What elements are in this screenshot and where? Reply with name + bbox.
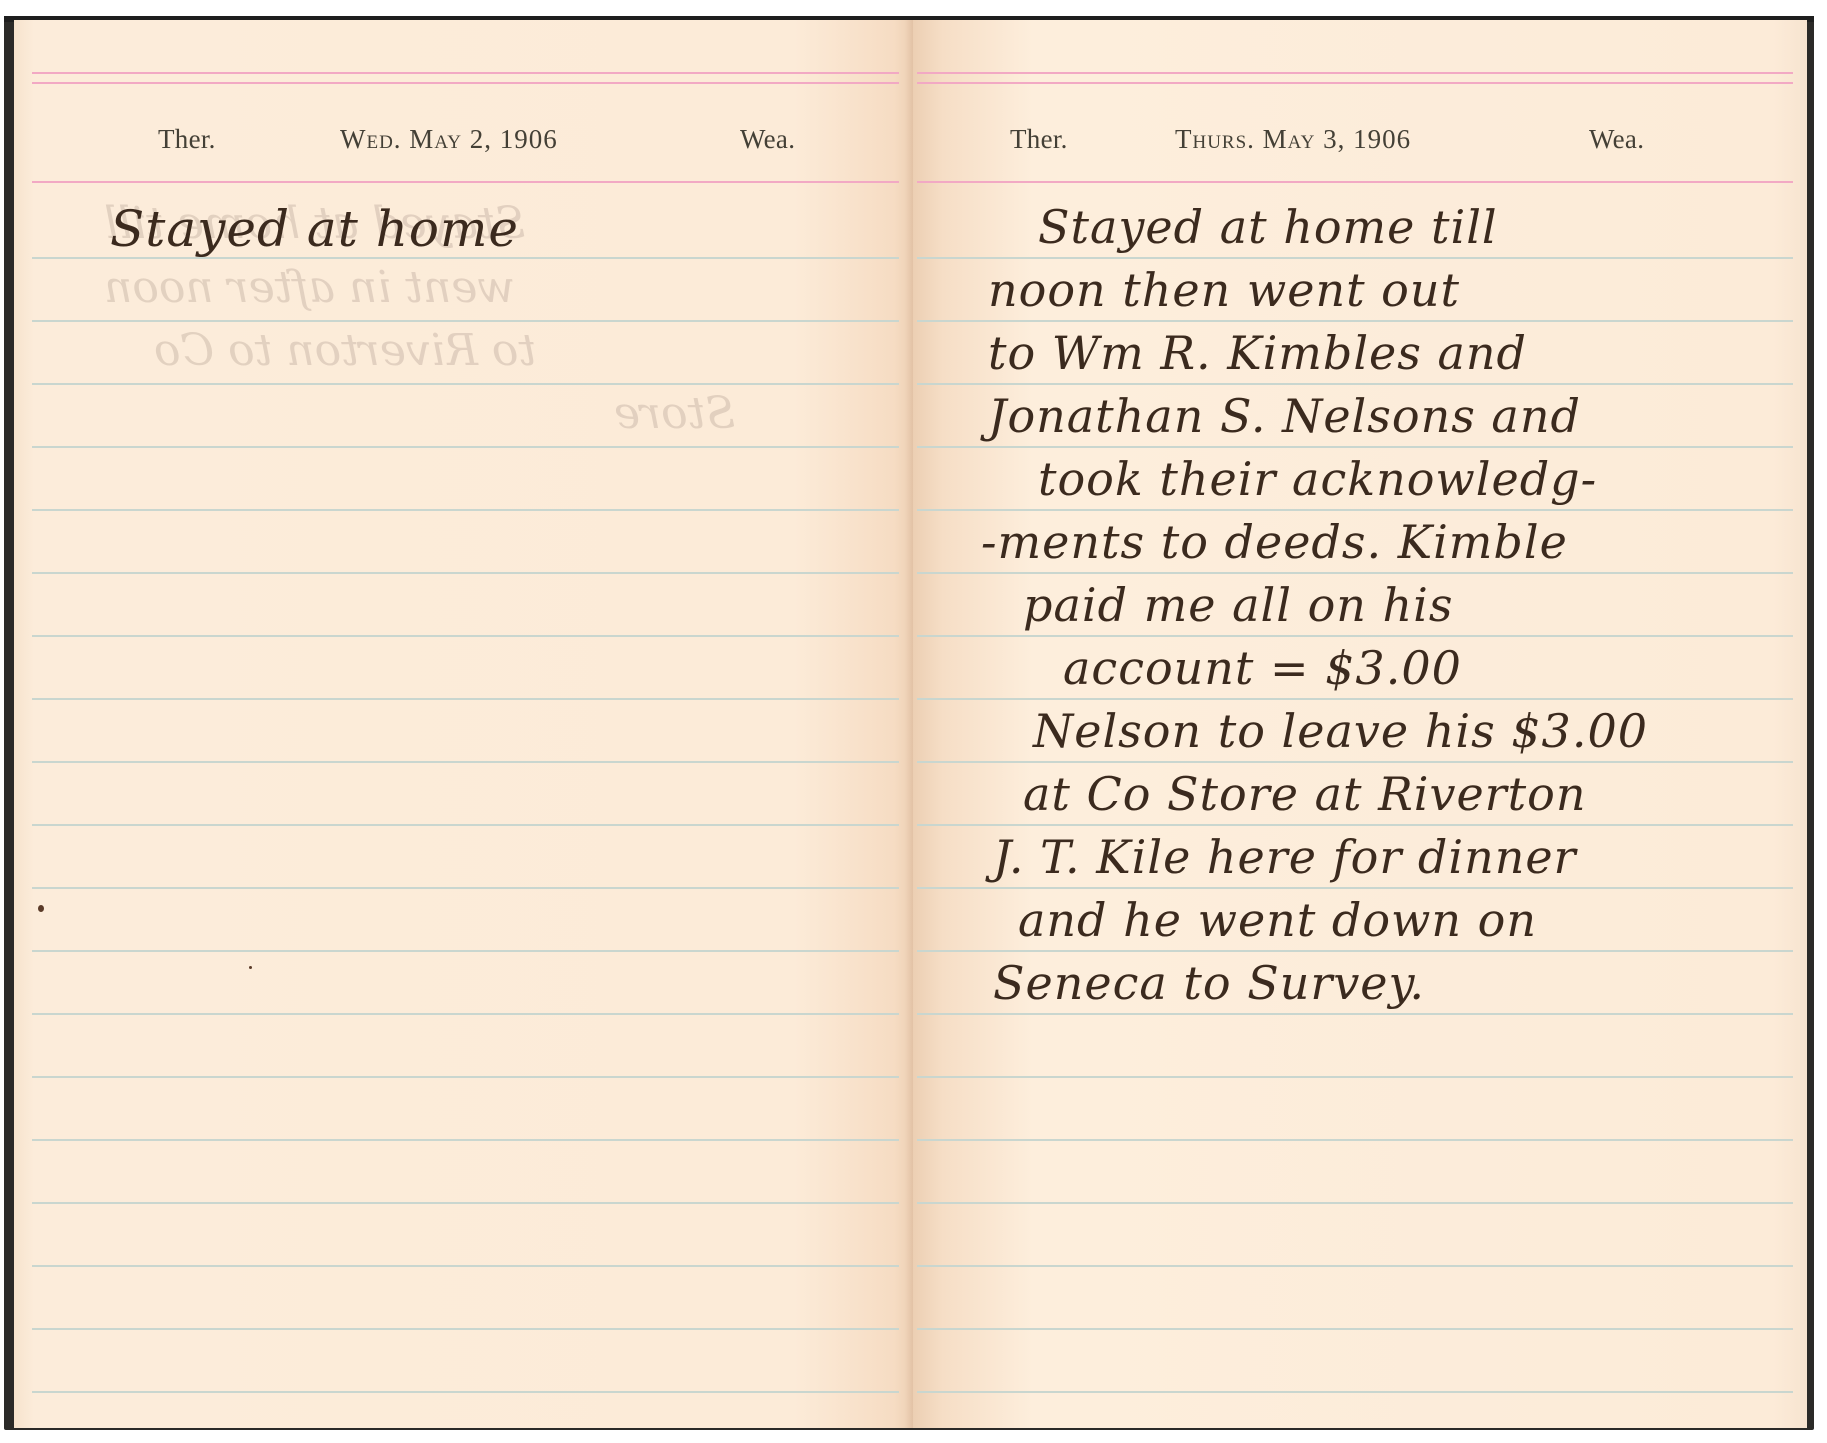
handwritten-entry-line: Nelson to leave his $3.00 (1033, 704, 1648, 758)
ink-spot (38, 905, 44, 912)
handwritten-entry-line: to Wm R. Kimbles and (988, 326, 1527, 380)
rule-line (917, 761, 1793, 763)
handwritten-entry-line: at Co Store at Riverton (1023, 767, 1586, 821)
rule-line (917, 1265, 1793, 1267)
ther-label: Ther. (158, 124, 216, 155)
rule-line (32, 1328, 899, 1330)
bleed-through-line: to Riverton to Co (154, 325, 536, 376)
handwritten-entry-line: paid me all on his (1023, 578, 1453, 632)
page-date: Thurs. May 3, 1906 (1175, 124, 1411, 155)
rule-line (32, 1265, 899, 1267)
ther-label: Ther. (1010, 124, 1068, 155)
rule-line (917, 635, 1793, 637)
pink-rule-top-2 (917, 82, 1793, 84)
rule-line (917, 824, 1793, 826)
wea-label: Wea. (1589, 124, 1644, 155)
handwritten-entry-line: Seneca to Survey. (993, 956, 1425, 1010)
bleed-through-line: went in after noon (104, 262, 515, 313)
ink-spot (249, 966, 252, 969)
rule-line (32, 509, 899, 511)
pink-rule-header-bottom (32, 181, 899, 183)
rule-line (917, 320, 1793, 322)
rule-line (917, 1013, 1793, 1015)
rule-line (32, 446, 899, 448)
rule-line (32, 320, 899, 322)
handwritten-entry-line: and he went down on (1018, 893, 1537, 947)
handwritten-entry-line: noon then went out (988, 263, 1460, 317)
handwritten-entry-line: Stayed at home (110, 200, 519, 258)
rule-line (917, 1391, 1793, 1393)
rule-line (917, 1202, 1793, 1204)
rule-line (917, 887, 1793, 889)
rule-line (917, 383, 1793, 385)
rule-line (32, 1076, 899, 1078)
rule-line (917, 509, 1793, 511)
pink-rule-top-2 (32, 82, 899, 84)
handwritten-entry-line: J. T. Kile here for dinner (993, 830, 1577, 884)
bleed-through-line: Store (614, 388, 735, 439)
rule-line (917, 257, 1793, 259)
rule-line (917, 698, 1793, 700)
rule-line (32, 761, 899, 763)
handwritten-entry-line: -ments to deeds. Kimble (981, 515, 1568, 569)
rule-line (917, 572, 1793, 574)
rule-line (32, 572, 899, 574)
rule-line (32, 887, 899, 889)
rule-line (32, 635, 899, 637)
rule-line (917, 446, 1793, 448)
rule-line (32, 1013, 899, 1015)
left-page: Ther. Wed. May 2, 1906 Wea. Stayed at ho… (14, 20, 913, 1428)
rule-line (32, 1391, 899, 1393)
handwritten-entry-line: Stayed at home till (1038, 200, 1498, 254)
pink-rule-top-1 (917, 72, 1793, 74)
handwritten-entry-line: Jonathan S. Nelsons and (988, 389, 1581, 443)
pink-rule-top-1 (32, 72, 899, 74)
rule-line (32, 1139, 899, 1141)
pink-rule-header-bottom (917, 181, 1793, 183)
rule-line (32, 824, 899, 826)
rule-line (32, 383, 899, 385)
rule-line (32, 950, 899, 952)
rule-line (917, 1328, 1793, 1330)
rule-line (32, 1202, 899, 1204)
right-page: Ther. Thurs. May 3, 1906 Wea. Stayed at … (913, 20, 1807, 1428)
rule-line (917, 950, 1793, 952)
handwritten-entry-line: account = $3.00 (1063, 641, 1462, 695)
rule-line (32, 698, 899, 700)
handwritten-entry-line: took their acknowledg- (1038, 452, 1597, 506)
rule-line (917, 1076, 1793, 1078)
page-date: Wed. May 2, 1906 (340, 124, 558, 155)
rule-line (917, 1139, 1793, 1141)
wea-label: Wea. (740, 124, 795, 155)
